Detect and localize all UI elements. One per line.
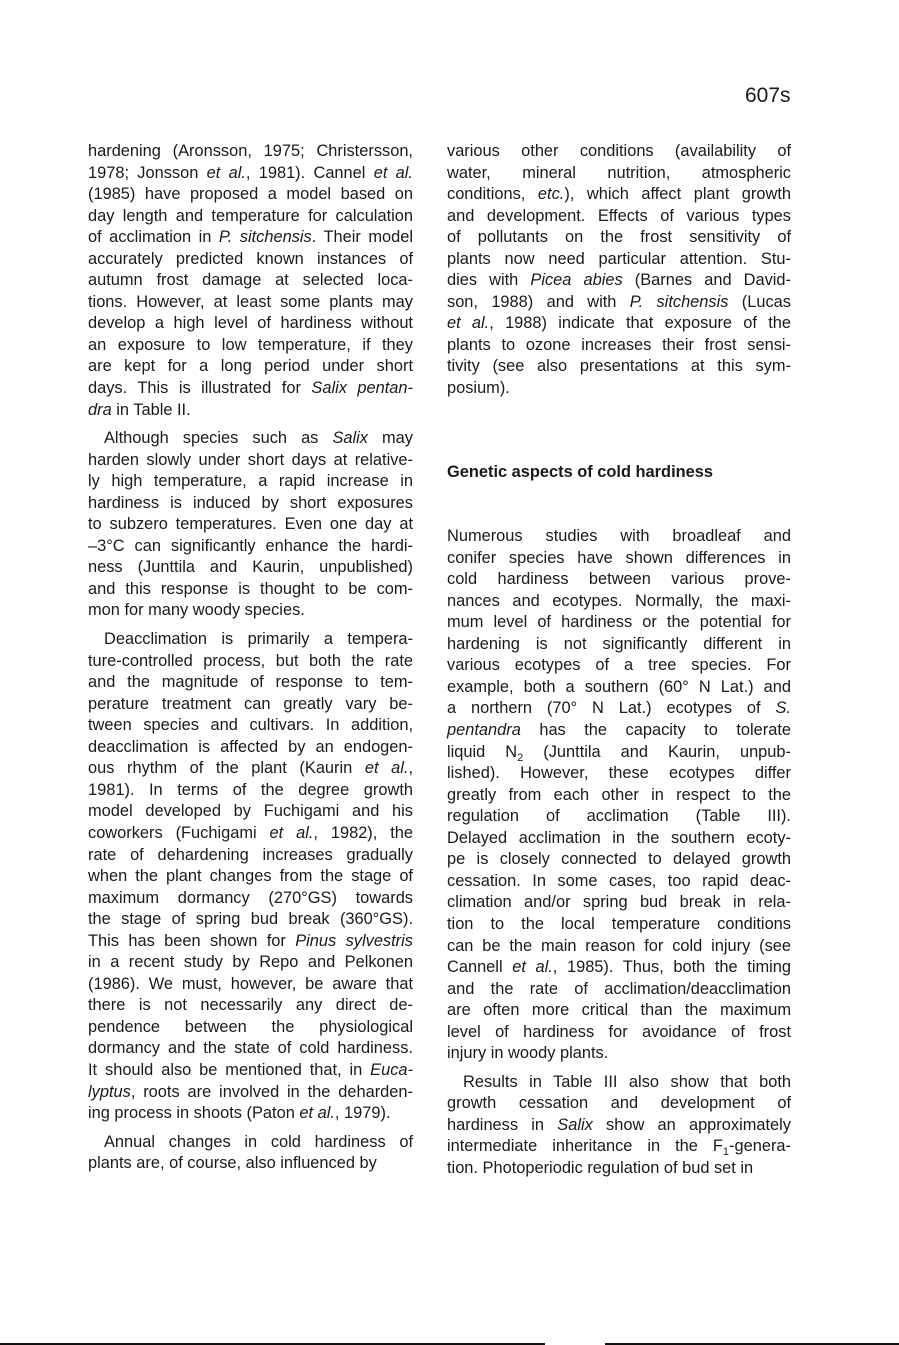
- text-line: a northern (70° N Lat.) ecotypes of S.: [447, 698, 791, 720]
- text-line: plants now need particular attention. St…: [447, 249, 791, 271]
- text-line: example, both a southern (60° N Lat.) an…: [447, 677, 791, 699]
- text-line: injury in woody plants.: [447, 1043, 791, 1065]
- text-line: Cannell et al., 1985). Thus, both the ti…: [447, 957, 791, 979]
- text-line: lished). However, these ecotypes differ: [447, 763, 791, 785]
- text-line: perature treatment can greatly vary be-: [88, 694, 413, 716]
- text-line: liquid N2 (Junttila and Kaurin, unpub-: [447, 742, 791, 764]
- text-line: day length and temperature for calculati…: [88, 206, 413, 228]
- text-line: lyptus, roots are involved in the dehard…: [88, 1082, 413, 1104]
- text-line: there is not necessarily any direct de-: [88, 995, 413, 1017]
- text-line: of acclimation in P. sitchensis. Their m…: [88, 227, 413, 249]
- text-line: various other conditions (availability o…: [447, 141, 791, 163]
- paragraph: hardening (Aronsson, 1975; Christersson,…: [88, 141, 413, 421]
- text-line: pentandra has the capacity to tolerate: [447, 720, 791, 742]
- text-line: water, mineral nutrition, atmospheric: [447, 163, 791, 185]
- text-line: Delayed acclimation in the southern ecot…: [447, 828, 791, 850]
- text-line: ly high temperature, a rapid increase in: [88, 471, 413, 493]
- text-line: climation and/or spring bud break in rel…: [447, 892, 791, 914]
- text-line: conditions, etc.), which affect plant gr…: [447, 184, 791, 206]
- text-line: level of hardiness for avoidance of fros…: [447, 1022, 791, 1044]
- text-line: –3°C can significantly enhance the hardi…: [88, 536, 413, 558]
- text-line: son, 1988) and with P. sitchensis (Lucas: [447, 292, 791, 314]
- text-line: harden slowly under short days at relati…: [88, 450, 413, 472]
- text-line: tween species and cultivars. In addition…: [88, 715, 413, 737]
- text-line: are often more critical than the maximum: [447, 1000, 791, 1022]
- text-line: hardiness is induced by short exposures: [88, 493, 413, 515]
- text-line: mon for many woody species.: [88, 600, 413, 622]
- text-line: plants to ozone increases their frost se…: [447, 335, 791, 357]
- text-line: autumn frost damage at selected loca-: [88, 270, 413, 292]
- text-line: ing process in shoots (Paton et al., 197…: [88, 1103, 413, 1125]
- text-line: Results in Table III also show that both: [447, 1072, 791, 1094]
- text-line: rate of dehardening increases gradually: [88, 845, 413, 867]
- text-line: pendence between the physiological: [88, 1017, 413, 1039]
- text-line: hardiness in Salix show an approximately: [447, 1115, 791, 1137]
- paragraph-gap: [88, 622, 413, 629]
- text-line: 1981). In terms of the degree growth: [88, 780, 413, 802]
- text-line: days. This is illustrated for Salix pent…: [88, 378, 413, 400]
- paragraph-gap: [447, 1065, 791, 1072]
- text-line: accurately predicted known instances of: [88, 249, 413, 271]
- paragraph: Annual changes in cold hardiness ofplant…: [88, 1132, 413, 1175]
- text-line: tivity (see also presentations at this s…: [447, 356, 791, 378]
- text-line: and this response is thought to be com-: [88, 579, 413, 601]
- text-line: intermediate inheritance in the F1-gener…: [447, 1136, 791, 1158]
- text-line: tions. However, at least some plants may: [88, 292, 413, 314]
- section-heading: Genetic aspects of cold hardiness: [447, 462, 791, 484]
- text-line: pe is closely connected to delayed growt…: [447, 849, 791, 871]
- text-line: et al., 1988) indicate that exposure of …: [447, 313, 791, 335]
- paragraph-gap: [88, 421, 413, 428]
- text-line: tion to the local temperature conditions: [447, 914, 791, 936]
- text-line: regulation of acclimation (Table III).: [447, 806, 791, 828]
- text-line: an exposure to low temperature, if they: [88, 335, 413, 357]
- text-line: Numerous studies with broadleaf and: [447, 526, 791, 548]
- page-number: 607s: [745, 84, 791, 108]
- text-line: in a recent study by Repo and Pelkonen: [88, 952, 413, 974]
- text-line: to subzero temperatures. Even one day at: [88, 514, 413, 536]
- text-line: mum level of hardiness or the potential …: [447, 612, 791, 634]
- paragraph: various other conditions (availability o…: [447, 141, 791, 400]
- text-line: coworkers (Fuchigami et al., 1982), the: [88, 823, 413, 845]
- text-line: tion. Photoperiodic regulation of bud se…: [447, 1158, 791, 1180]
- text-line: deacclimation is affected by an endogen-: [88, 737, 413, 759]
- text-line: cold hardiness between various prove-: [447, 569, 791, 591]
- left-column: hardening (Aronsson, 1975; Christersson,…: [88, 141, 413, 1175]
- text-line: and the rate of acclimation/deacclimatio…: [447, 979, 791, 1001]
- text-line: ness (Junttila and Kaurin, unpublished): [88, 557, 413, 579]
- paragraph: Results in Table III also show that both…: [447, 1072, 791, 1180]
- text-line: This has been shown for Pinus sylvestris: [88, 931, 413, 953]
- paragraph: Numerous studies with broadleaf andconif…: [447, 526, 791, 1065]
- text-line: ous rhythm of the plant (Kaurin et al.,: [88, 758, 413, 780]
- text-line: maximum dormancy (270°GS) towards: [88, 888, 413, 910]
- text-line: the stage of spring bud break (360°GS).: [88, 909, 413, 931]
- paragraph: Deacclimation is primarily a tempera-tur…: [88, 629, 413, 1125]
- text-line: can be the main reason for cold injury (…: [447, 936, 791, 958]
- text-line: cessation. In some cases, too rapid deac…: [447, 871, 791, 893]
- text-line: plants are, of course, also influenced b…: [88, 1153, 413, 1175]
- text-line: greatly from each other in respect to th…: [447, 785, 791, 807]
- text-line: ture-controlled process, but both the ra…: [88, 651, 413, 673]
- text-line: nances and ecotypes. Normally, the maxi-: [447, 591, 791, 613]
- text-line: various ecotypes of a tree species. For: [447, 655, 791, 677]
- text-line: model developed by Fuchigami and his: [88, 801, 413, 823]
- text-line: develop a high level of hardiness withou…: [88, 313, 413, 335]
- text-line: (1986). We must, however, be aware that: [88, 974, 413, 996]
- paragraph-gap: [88, 1125, 413, 1132]
- text-line: Although species such as Salix may: [88, 428, 413, 450]
- text-line: posium).: [447, 378, 791, 400]
- section-spacer: [447, 400, 791, 462]
- text-line: dra in Table II.: [88, 400, 413, 422]
- right-column: various other conditions (availability o…: [447, 141, 791, 1180]
- paragraph: Although species such as Salix mayharden…: [88, 428, 413, 622]
- text-line: Deacclimation is primarily a tempera-: [88, 629, 413, 651]
- text-line: dies with Picea abies (Barnes and David-: [447, 270, 791, 292]
- text-line: hardening (Aronsson, 1975; Christersson,: [88, 141, 413, 163]
- text-line: Annual changes in cold hardiness of: [88, 1132, 413, 1154]
- text-line: (1985) have proposed a model based on: [88, 184, 413, 206]
- text-line: hardening is not significantly different…: [447, 634, 791, 656]
- text-line: It should also be mentioned that, in Euc…: [88, 1060, 413, 1082]
- text-line: growth cessation and development of: [447, 1093, 791, 1115]
- text-line: and the magnitude of response to tem-: [88, 672, 413, 694]
- section-spacer: [447, 483, 791, 526]
- text-line: and development. Effects of various type…: [447, 206, 791, 228]
- text-line: when the plant changes from the stage of: [88, 866, 413, 888]
- text-line: of pollutants on the frost sensitivity o…: [447, 227, 791, 249]
- text-line: 1978; Jonsson et al., 1981). Cannel et a…: [88, 163, 413, 185]
- text-line: are kept for a long period under short: [88, 356, 413, 378]
- text-line: conifer species have shown differences i…: [447, 548, 791, 570]
- text-line: dormancy and the state of cold hardiness…: [88, 1038, 413, 1060]
